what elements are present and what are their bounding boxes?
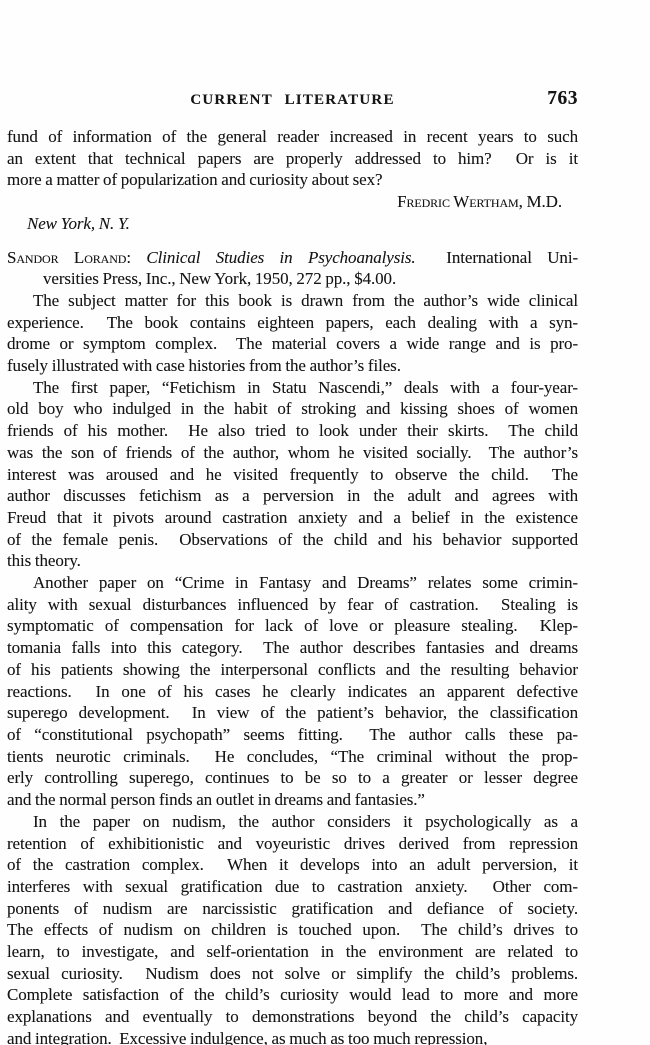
reviewer-signature-line: Fredric Wertham, M.D. bbox=[7, 191, 578, 213]
text-line: of his patients showing the interpersona… bbox=[7, 659, 578, 681]
text-line: of “constitutional psychopath” seems fit… bbox=[7, 724, 578, 746]
text-line: was the son of friends of the author, wh… bbox=[7, 442, 578, 464]
text-line: of the female penis. Observations of the… bbox=[7, 529, 578, 551]
text-line: reactions. In one of his cases he clearl… bbox=[7, 681, 578, 703]
text-line: Freud that it pivots around castration a… bbox=[7, 507, 578, 529]
text-line: fusely illustrated with case histories f… bbox=[7, 355, 578, 377]
text-line: In the paper on nudism, the author consi… bbox=[7, 811, 578, 833]
text-line: ponents of nudism are narcissistic grati… bbox=[7, 898, 578, 920]
scanned-journal-page: CURRENT LITERATURE 763 fund of informati… bbox=[0, 0, 650, 1045]
citation-publisher-start: International Uni- bbox=[416, 248, 578, 267]
text-line: superego development. In view of the pat… bbox=[7, 702, 578, 724]
text-line: more a matter of popularization and curi… bbox=[7, 169, 578, 191]
text-line: interferes with sexual gratification due… bbox=[7, 876, 578, 898]
text-line: sexual curiosity. Nudism does not solve … bbox=[7, 963, 578, 985]
citation-line-2: versities Press, Inc., New York, 1950, 2… bbox=[7, 268, 578, 290]
text-line: friends of his mother. He also tried to … bbox=[7, 420, 578, 442]
page-number: 763 bbox=[547, 88, 578, 110]
text-line: Complete satisfaction of the child’s cur… bbox=[7, 984, 578, 1006]
citation-line-1: Sandor Lorand: Clinical Studies in Psych… bbox=[7, 247, 578, 269]
paragraph-subject-matter: The subject matter for this book is draw… bbox=[7, 290, 578, 377]
text-line: and integration. Excessive indulgence, a… bbox=[7, 1028, 578, 1045]
paragraph-nudism: In the paper on nudism, the author consi… bbox=[7, 811, 578, 1045]
citation-book-title: Clinical Studies in Psychoanalysis. bbox=[146, 248, 415, 267]
text-line: Another paper on “Crime in Fantasy and D… bbox=[7, 572, 578, 594]
running-head-title: CURRENT LITERATURE bbox=[7, 91, 578, 109]
review-continuation-paragraph: fund of information of the general reade… bbox=[7, 126, 578, 191]
text-line: symptomatic of compensation for lack of … bbox=[7, 615, 578, 637]
text-line: retention of exhibitionistic and voyeuri… bbox=[7, 833, 578, 855]
text-line: and the normal person finds an outlet in… bbox=[7, 789, 578, 811]
reviewer-degree: , M.D. bbox=[519, 192, 562, 211]
text-column: fund of information of the general reade… bbox=[7, 126, 578, 1045]
text-line: ality with sexual disturbances influence… bbox=[7, 594, 578, 616]
text-line: interest was aroused and he visited freq… bbox=[7, 464, 578, 486]
reviewer-name: Fredric Wertham bbox=[397, 192, 519, 211]
citation-author: Sandor Lorand bbox=[7, 248, 126, 267]
text-line: drome or symptom complex. The material c… bbox=[7, 333, 578, 355]
running-head: CURRENT LITERATURE 763 bbox=[7, 91, 578, 113]
text-line: The first paper, “Fetichism in Statu Nas… bbox=[7, 377, 578, 399]
book-citation: Sandor Lorand: Clinical Studies in Psych… bbox=[7, 247, 578, 290]
text-line: The effects of nudism on children is tou… bbox=[7, 919, 578, 941]
text-line: of the castration complex. When it devel… bbox=[7, 854, 578, 876]
paragraph-crime-fantasy: Another paper on “Crime in Fantasy and D… bbox=[7, 572, 578, 811]
text-line: author discusses fetichism as a perversi… bbox=[7, 485, 578, 507]
text-line: experience. The book contains eighteen p… bbox=[7, 312, 578, 334]
text-line: explanations and eventually to demonstra… bbox=[7, 1006, 578, 1028]
paragraph-first-paper: The first paper, “Fetichism in Statu Nas… bbox=[7, 377, 578, 572]
text-line: tients neurotic criminals. He concludes,… bbox=[7, 746, 578, 768]
citation-separator: : bbox=[126, 248, 146, 267]
text-line: tomania falls into this category. The au… bbox=[7, 637, 578, 659]
reviewer-location: New York, N. Y. bbox=[7, 213, 578, 235]
text-line: old boy who indulged in the habit of str… bbox=[7, 398, 578, 420]
text-line: learn, to investigate, and self-orientat… bbox=[7, 941, 578, 963]
text-line: fund of information of the general reade… bbox=[7, 126, 578, 148]
text-line: erly controlling superego, continues to … bbox=[7, 767, 578, 789]
text-line: an extent that technical papers are prop… bbox=[7, 148, 578, 170]
text-line: this theory. bbox=[7, 550, 578, 572]
text-line: The subject matter for this book is draw… bbox=[7, 290, 578, 312]
